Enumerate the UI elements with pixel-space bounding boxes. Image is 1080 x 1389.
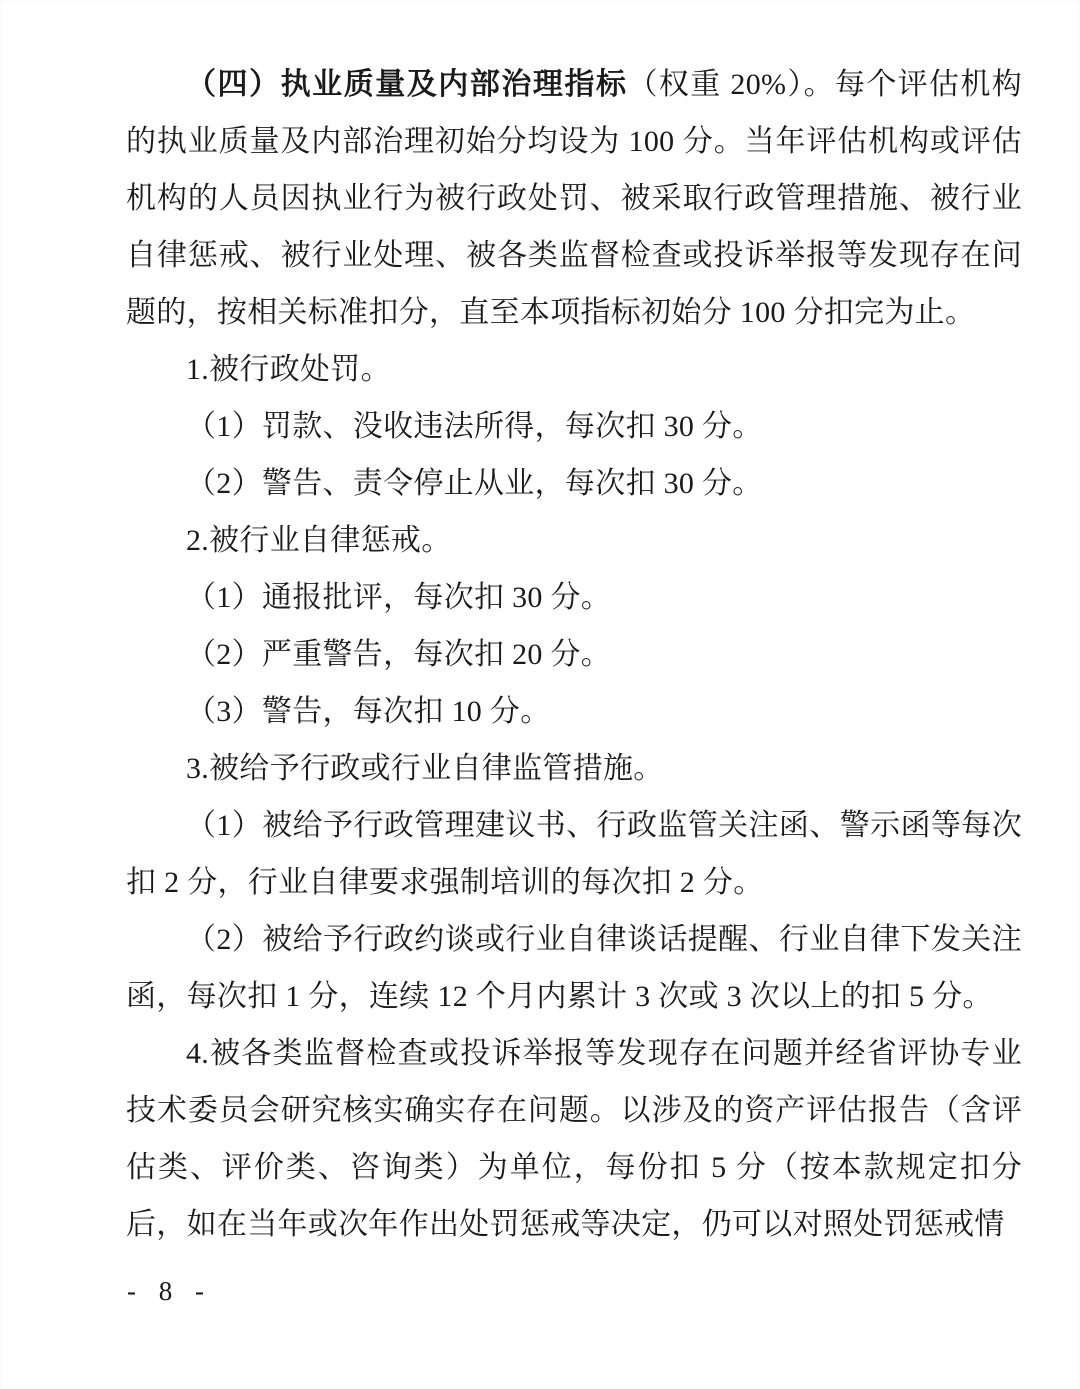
paragraph-item-3-2: （2）被给予行政约谈或行业自律谈话提醒、行业自律下发关注函，每次扣 1 分，连续… <box>126 911 1022 1025</box>
section-intro-text: （权重 20%）。每个评估机构的执业质量及内部治理初始分均设为 100 分。当年… <box>126 68 1022 329</box>
paragraph-item-2-1: （1）通报批评，每次扣 30 分。 <box>126 569 1022 626</box>
paragraph-item-3: 3.被给予行政或行业自律监管措施。 <box>126 740 1022 797</box>
section-heading: （四）执业质量及内部治理指标 <box>186 68 628 101</box>
paragraph-item-4: 4.被各类监督检查或投诉举报等发现存在问题并经省评协专业技术委员会研究核实确实存… <box>126 1025 1022 1253</box>
paragraph-item-2-2: （2）严重警告，每次扣 20 分。 <box>126 626 1022 683</box>
document-body: （四）执业质量及内部治理指标（权重 20%）。每个评估机构的执业质量及内部治理初… <box>126 56 1022 1253</box>
paragraph-item-3-1: （1）被给予行政管理建议书、行政监管关注函、警示函等每次扣 2 分，行业自律要求… <box>126 797 1022 911</box>
page-number: - 8 - <box>127 1276 212 1306</box>
page-footer: - 8 - <box>127 1272 212 1310</box>
paragraph-item-2: 2.被行业自律惩戒。 <box>126 512 1022 569</box>
paragraph-item-1-1: （1）罚款、没收违法所得，每次扣 30 分。 <box>126 398 1022 455</box>
document-page: （四）执业质量及内部治理指标（权重 20%）。每个评估机构的执业质量及内部治理初… <box>0 0 1080 1389</box>
paragraph-item-1: 1.被行政处罚。 <box>126 341 1022 398</box>
paragraph-section-4-intro: （四）执业质量及内部治理指标（权重 20%）。每个评估机构的执业质量及内部治理初… <box>126 56 1022 341</box>
paragraph-item-2-3: （3）警告，每次扣 10 分。 <box>126 683 1022 740</box>
paragraph-item-1-2: （2）警告、责令停止从业，每次扣 30 分。 <box>126 455 1022 512</box>
